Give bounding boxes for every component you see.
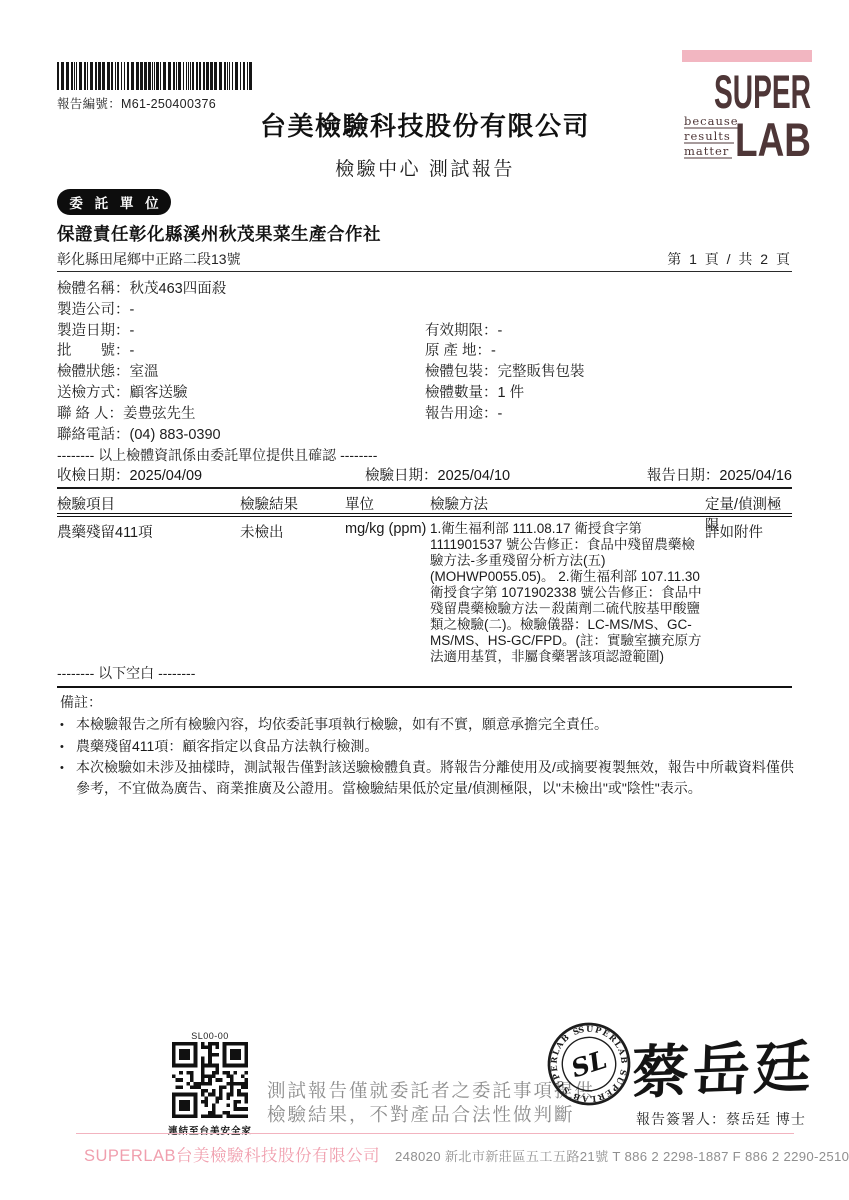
logo-tagline-matter: matter [684,144,729,158]
info-line: 檢體狀態：室溫 [57,362,226,383]
sample-info-right: 有效期限：- 原 產 地：- 檢體包裝：完整販售包裝 檢體數量：1 件 報告用途… [425,321,585,425]
divider-line [57,271,792,272]
bullet-icon: • [60,714,69,735]
cell-result: 未檢出 [240,521,284,542]
remarks-title: 備註： [60,692,794,712]
remarks-block: 備註： • 本檢驗報告之所有檢驗內容，均依委託事項執行檢驗，如有不實，願意承擔完… [60,692,794,798]
client-name: 保證責任彰化縣溪州秋茂果菜生產合作社 [57,221,381,246]
info-line: 聯 絡 人：姜豊弦先生 [57,404,226,425]
date-reported: 報告日期：2025/04/16 [647,464,792,485]
info-line: 製造日期：- [57,321,226,342]
report-page: 報告編號：M61-250400376 台美檢驗科技股份有限公司 檢驗中心 測試報… [0,0,849,1200]
cell-limit: 詳如附件 [705,521,763,542]
col-method: 檢驗方法 [430,493,488,514]
signature-calligraphy: 蔡岳廷 [631,1020,849,1110]
info-line: 送檢方式：顧客送驗 [57,383,226,404]
logo-lab-text: LAB [735,113,811,166]
remarks-divider-line [57,686,792,688]
cell-method: 1.衛生福利部 111.08.17 衛授食字第 1111901537 號公告修正… [430,521,702,665]
info-line: 聯絡電話：(04) 883-0390 [57,425,226,446]
client-badge: 委 託 單 位 [57,189,171,215]
page-info: 第 1 頁 / 共 2 頁 [667,249,792,269]
footer-divider-line [76,1133,794,1134]
logo-tagline-results: results [684,129,731,143]
cell-item: 農藥殘留411項 [57,521,153,542]
col-unit: 單位 [345,493,374,514]
sample-confirm-note: -------- 以上檢體資訊係由委託單位提供且確認 -------- [57,445,377,465]
table-header: 檢驗項目 檢驗結果 單位 檢驗方法 定量/偵測極限 [57,493,792,511]
qr-link-label: 連結至台美安全家 [168,1123,252,1137]
col-result: 檢驗結果 [240,493,298,514]
barcode-block: 報告編號：M61-250400376 [57,62,257,112]
col-item: 檢驗項目 [57,493,115,514]
logo-tagline-because: because [684,114,739,128]
superlab-logo: SUPER LAB because results matter [682,50,812,178]
remark-item: • 本檢驗報告之所有檢驗內容，均依委託事項執行檢驗，如有不實，願意承擔完全責任。 [60,714,794,735]
blank-below-note: -------- 以下空白 -------- [57,663,195,683]
info-line: 檢體數量：1 件 [425,383,585,404]
sample-info-left: 檢體名稱：秋茂463四面殺 製造公司：- 製造日期：- 批 號：- 檢體狀態：室… [57,279,226,445]
table-header-double-line [57,513,792,517]
bullet-icon: • [60,757,69,798]
report-subtitle: 檢驗中心 測試報告 [170,154,680,181]
info-line: 製造公司：- [57,300,226,321]
lab-stamp: SUPERLAB SUPERLAB SUPERLAB SUPERLAB SL [546,1021,632,1107]
info-line: 有效期限：- [425,321,585,342]
footer: SUPERLAB台美檢驗科技股份有限公司 248020 新北市新莊區五工五路21… [84,1142,806,1166]
qr-block: SL00-00 連結至台美安全家 [168,1031,252,1137]
remark-item: • 農藥殘留411項：顧客指定以食品方法執行檢測。 [60,736,794,757]
footer-address: 248020 新北市新莊區五工五路21號 T 886 2 2298-1887 F… [395,1146,849,1165]
client-address: 彰化縣田尾鄉中正路二段13號 [57,249,241,269]
info-line: 報告用途：- [425,404,585,425]
divider-line [57,487,792,489]
info-line: 批 號：- [57,341,226,362]
logo-super-text: SUPER [714,65,811,118]
qr-code [172,1042,248,1118]
bullet-icon: • [60,736,69,757]
info-line: 原 產 地：- [425,341,585,362]
client-address-row: 彰化縣田尾鄉中正路二段13號 第 1 頁 / 共 2 頁 [57,249,792,269]
date-received: 收檢日期：2025/04/09 [57,464,202,485]
title-block: 台美檢驗科技股份有限公司 檢驗中心 測試報告 [170,106,680,181]
company-title: 台美檢驗科技股份有限公司 [170,106,680,143]
barcode [57,62,257,90]
logo-pink-bar [682,50,812,62]
remark-text: 本次檢驗如未涉及抽樣時，測試報告僅對該送驗檢體負責。將報告分離使用及/或摘要複製… [76,757,794,798]
remark-item: • 本次檢驗如未涉及抽樣時，測試報告僅對該送驗檢體負責。將報告分離使用及/或摘要… [60,757,794,798]
stamp-center-text: SL [568,1045,611,1084]
footer-brand: SUPERLAB台美檢驗科技股份有限公司 [84,1142,380,1166]
info-line: 檢體名稱：秋茂463四面殺 [57,279,226,300]
remark-text: 農藥殘留411項：顧客指定以食品方法執行檢測。 [76,736,378,757]
dates-row: 收檢日期：2025/04/09 檢驗日期：2025/04/10 報告日期：202… [57,464,792,482]
cell-unit: mg/kg (ppm) [345,521,426,537]
date-tested: 檢驗日期：2025/04/10 [365,464,510,485]
report-signer: 報告簽署人：蔡岳廷 博士 [636,1109,806,1129]
remark-text: 本檢驗報告之所有檢驗內容，均依委託事項執行檢驗，如有不實，願意承擔完全責任。 [76,714,608,735]
qr-code-label: SL00-00 [168,1031,252,1041]
info-line: 檢體包裝：完整販售包裝 [425,362,585,383]
